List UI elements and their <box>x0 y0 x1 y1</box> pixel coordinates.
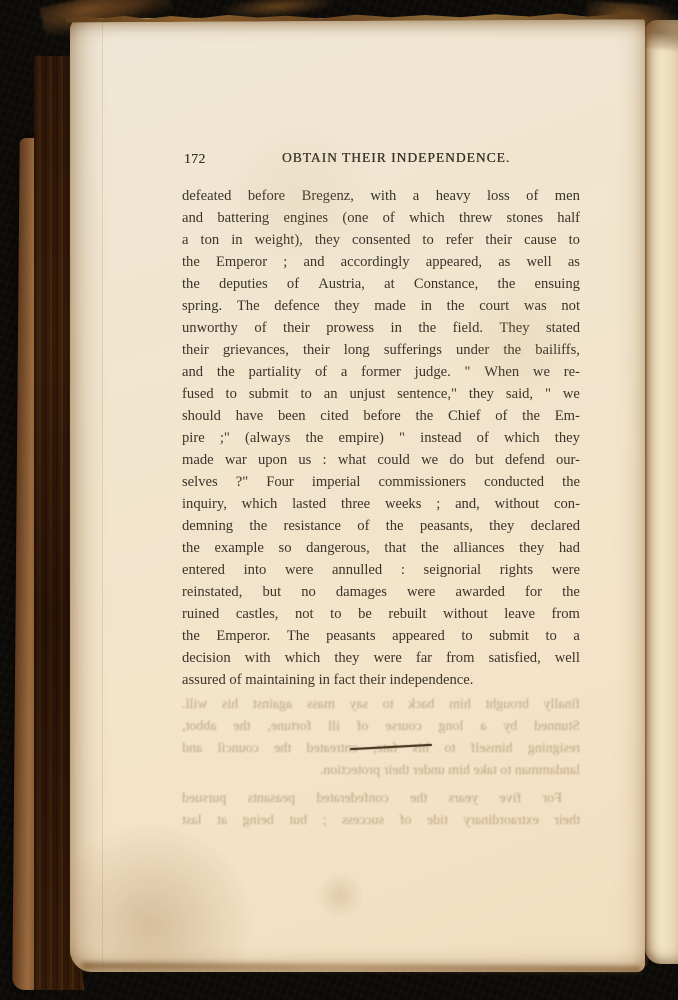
text-line: assured of maintaining in fact their ind… <box>182 669 580 691</box>
book-page: 172 OBTAIN THEIR INDEPENDENCE. defeatedb… <box>70 18 645 972</box>
body-text: defeatedbeforeBregenz,withaheavylossofme… <box>182 185 580 691</box>
show-through-paragraph: Forfiveyearstheconfederatedpeasantspursu… <box>182 788 580 832</box>
text-line: resigninghimselftohisfate,entreatedtheco… <box>182 738 580 760</box>
running-header: OBTAIN THEIR INDEPENDENCE. <box>197 150 595 166</box>
text-line: decisionwithwhichtheywerefarfromsatisfie… <box>182 647 580 669</box>
text-line: theEmperor;andaccordinglyappeared,aswell… <box>182 251 580 273</box>
text-line: Stunnedbyalongcourseofillfortune,theabbo… <box>182 716 580 738</box>
text-line: enteredintowereannulled:seignorialrights… <box>182 559 580 581</box>
text-line: andthepartialityofaformerjudge."Whenwere… <box>182 361 580 383</box>
text-line: inquiry,whichlastedthreeweeks;and,withou… <box>182 493 580 515</box>
text-line: atoninweight),theyconsentedtorefertheirc… <box>182 229 580 251</box>
text-line: ruinedcastles,nottoberebuiltwithoutleave… <box>182 603 580 625</box>
text-line: pire;"(alwaystheempire)"insteadofwhichth… <box>182 427 580 449</box>
text-line: madewaruponus:whatcouldwedobutdefendour- <box>182 449 580 471</box>
photo-background: 172 OBTAIN THEIR INDEPENDENCE. defeatedb… <box>0 0 678 1000</box>
text-line: demningtheresistanceofthepeasants,theyde… <box>182 515 580 537</box>
text-line: defeatedbeforeBregenz,withaheavylossofme… <box>182 185 580 207</box>
text-line: theirgrievances,theirlongsufferingsunder… <box>182 339 580 361</box>
text-line: spring.Thedefencetheymadeinthecourtwasno… <box>182 295 580 317</box>
text-line: selves?"Fourimperialcommissionersconduct… <box>182 471 580 493</box>
text-line: Forfiveyearstheconfederatedpeasantspursu… <box>182 788 580 810</box>
text-line: unworthyoftheirprowessinthefield.Theysta… <box>182 317 580 339</box>
text-line: shouldhavebeencitedbeforetheChiefoftheEm… <box>182 405 580 427</box>
text-line: theirextraordinarytideofsuccess;butbeing… <box>182 810 580 832</box>
text-line: finallybroughthimbacktosaymassagainsthis… <box>182 694 580 716</box>
text-line: reinstated,butnodamageswereawardedforthe <box>182 581 580 603</box>
text-line: fusedtosubmittoanunjustsentence,"theysai… <box>182 383 580 405</box>
text-line: theexamplesodangerous,thatthealliancesth… <box>182 537 580 559</box>
show-through-paragraph: finallybroughthimbacktosaymassagainsthis… <box>182 694 580 782</box>
text-line: theEmperor.Thepeasantsappearedtosubmitto… <box>182 625 580 647</box>
text-line: landamman to take him under their protec… <box>182 760 580 782</box>
page-header: 172 OBTAIN THEIR INDEPENDENCE. <box>182 150 580 170</box>
show-through-text: finallybroughthimbacktosaymassagainsthis… <box>182 694 580 832</box>
text-line: thedeputiesofAustria,atConstance,theensu… <box>182 273 580 295</box>
page-content: 172 OBTAIN THEIR INDEPENDENCE. defeatedb… <box>182 18 580 972</box>
text-line: andbatteringengines(oneofwhichthrewstone… <box>182 207 580 229</box>
facing-page-sliver <box>645 20 678 964</box>
